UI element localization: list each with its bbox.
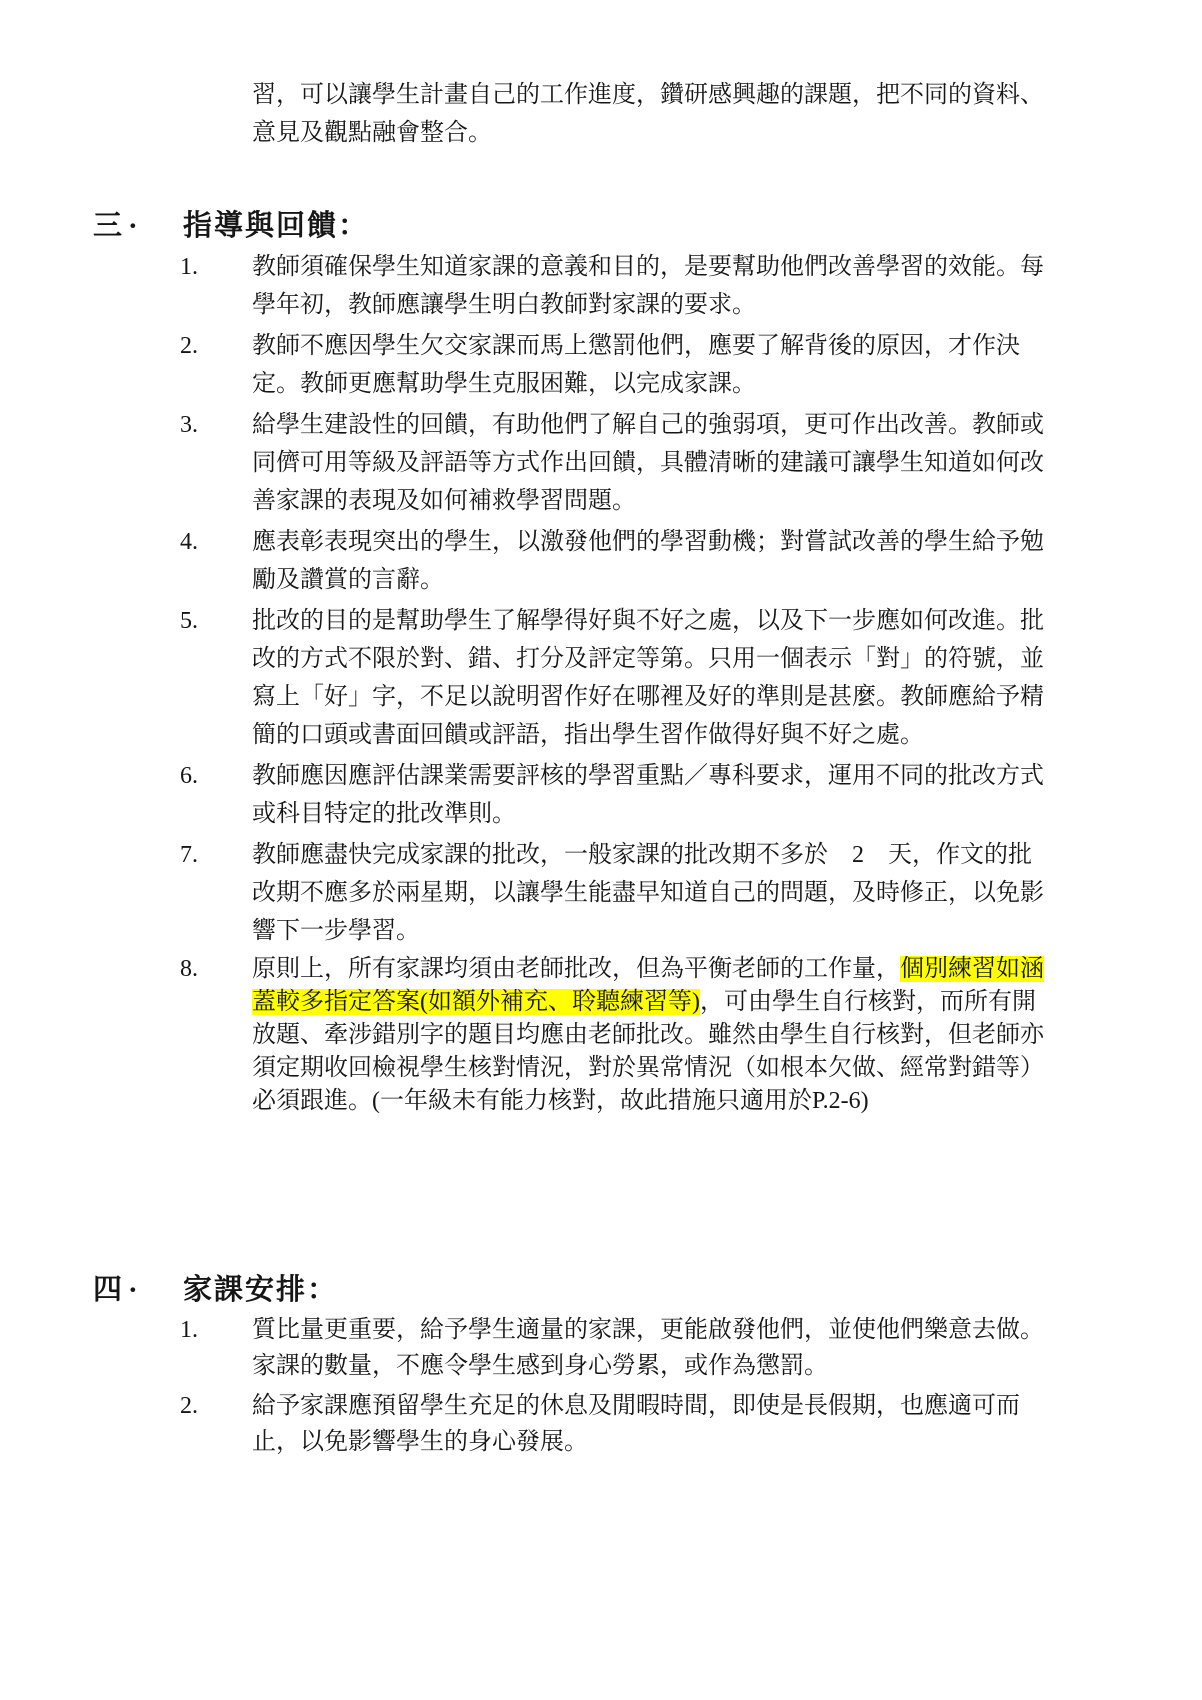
item-text: 教師應盡快完成家課的批改，一般家課的批改期不多於 2 天，作文的批改期不應多於兩…: [252, 836, 1048, 950]
document-page: 習，可以讓學生計畫自己的工作進度，鑽研感興趣的課題，把不同的資料、意見及觀點融會…: [0, 0, 1202, 1700]
section-3-heading: 三·指導與回饋：: [93, 206, 1202, 246]
list-item: 8. 原則上，所有家課均須由老師批改，但為平衡老師的工作量，個別練習如涵蓋較多指…: [180, 953, 1202, 1118]
section-4-items: 1. 質比量更重要，給予學生適量的家課，更能啟發他們，並使他們樂意去做。家課的數…: [180, 1312, 1202, 1460]
item-number: 2.: [180, 327, 252, 403]
item-number: 5.: [180, 602, 252, 754]
item-text: 教師須確保學生知道家課的意義和目的，是要幫助他們改善學習的效能。每學年初，教師應…: [252, 248, 1048, 324]
list-item: 2. 教師不應因學生欠交家課而馬上懲罰他們，應要了解背後的原因，才作決定。教師更…: [180, 327, 1202, 403]
item-text: 給予家課應預留學生充足的休息及閒暇時間，即使是長假期，也應適可而止，以免影響學生…: [252, 1388, 1048, 1460]
item-text: 教師不應因學生欠交家課而馬上懲罰他們，應要了解背後的原因，才作決定。教師更應幫助…: [252, 327, 1048, 403]
item-text: 原則上，所有家課均須由老師批改，但為平衡老師的工作量，個別練習如涵蓋較多指定答案…: [252, 953, 1048, 1118]
item-number: 1.: [180, 1312, 252, 1384]
item-text: 質比量更重要，給予學生適量的家課，更能啟發他們，並使他們樂意去做。家課的數量，不…: [252, 1312, 1048, 1384]
item-text: 批改的目的是幫助學生了解學得好與不好之處，以及下一步應如何改進。批改的方式不限於…: [252, 602, 1048, 754]
list-item: 7. 教師應盡快完成家課的批改，一般家課的批改期不多於 2 天，作文的批改期不應…: [180, 836, 1202, 950]
section-4-title: 家課安排：: [183, 1274, 338, 1306]
item-number: 2.: [180, 1388, 252, 1460]
item-number: 7.: [180, 836, 252, 950]
section-3-marker: 三·: [93, 206, 183, 246]
item-number: 1.: [180, 248, 252, 324]
item-number: 3.: [180, 406, 252, 520]
list-item: 1. 教師須確保學生知道家課的意義和目的，是要幫助他們改善學習的效能。每學年初，…: [180, 248, 1202, 324]
section-3-items: 1. 教師須確保學生知道家課的意義和目的，是要幫助他們改善學習的效能。每學年初，…: [180, 248, 1202, 1118]
section-4-marker: 四·: [93, 1270, 183, 1310]
item-number: 6.: [180, 757, 252, 833]
section-guidance-and-feedback: 三·指導與回饋： 1. 教師須確保學生知道家課的意義和目的，是要幫助他們改善學習…: [0, 206, 1202, 1118]
list-item: 6. 教師應因應評估課業需要評核的學習重點／專科要求，運用不同的批改方式或科目特…: [180, 757, 1202, 833]
item-text: 教師應因應評估課業需要評核的學習重點／專科要求，運用不同的批改方式或科目特定的批…: [252, 757, 1048, 833]
item-text: 給學生建設性的回饋，有助他們了解自己的強弱項，更可作出改善。教師或同儕可用等級及…: [252, 406, 1048, 520]
list-item: 1. 質比量更重要，給予學生適量的家課，更能啟發他們，並使他們樂意去做。家課的數…: [180, 1312, 1202, 1384]
list-item: 2. 給予家課應預留學生充足的休息及閒暇時間，即使是長假期，也應適可而止，以免影…: [180, 1388, 1202, 1460]
section-4-heading: 四·家課安排：: [93, 1270, 1202, 1310]
list-item: 4. 應表彰表現突出的學生，以激發他們的學習動機；對嘗試改善的學生給予勉勵及讚賞…: [180, 523, 1202, 599]
section-3-title: 指導與回饋：: [183, 210, 369, 242]
item-text: 應表彰表現突出的學生，以激發他們的學習動機；對嘗試改善的學生給予勉勵及讚賞的言辭…: [252, 523, 1048, 599]
list-item: 5. 批改的目的是幫助學生了解學得好與不好之處，以及下一步應如何改進。批改的方式…: [180, 602, 1202, 754]
item-number: 8.: [180, 953, 252, 1118]
intro-paragraph: 習，可以讓學生計畫自己的工作進度，鑽研感興趣的課題，把不同的資料、意見及觀點融會…: [252, 76, 1048, 152]
section-homework-arrangement: 四·家課安排： 1. 質比量更重要，給予學生適量的家課，更能啟發他們，並使他們樂…: [0, 1270, 1202, 1460]
item-text-segment: 原則上，所有家課均須由老師批改，但為平衡老師的工作量，: [252, 956, 900, 982]
list-item: 3. 給學生建設性的回饋，有助他們了解自己的強弱項，更可作出改善。教師或同儕可用…: [180, 406, 1202, 520]
item-number: 4.: [180, 523, 252, 599]
